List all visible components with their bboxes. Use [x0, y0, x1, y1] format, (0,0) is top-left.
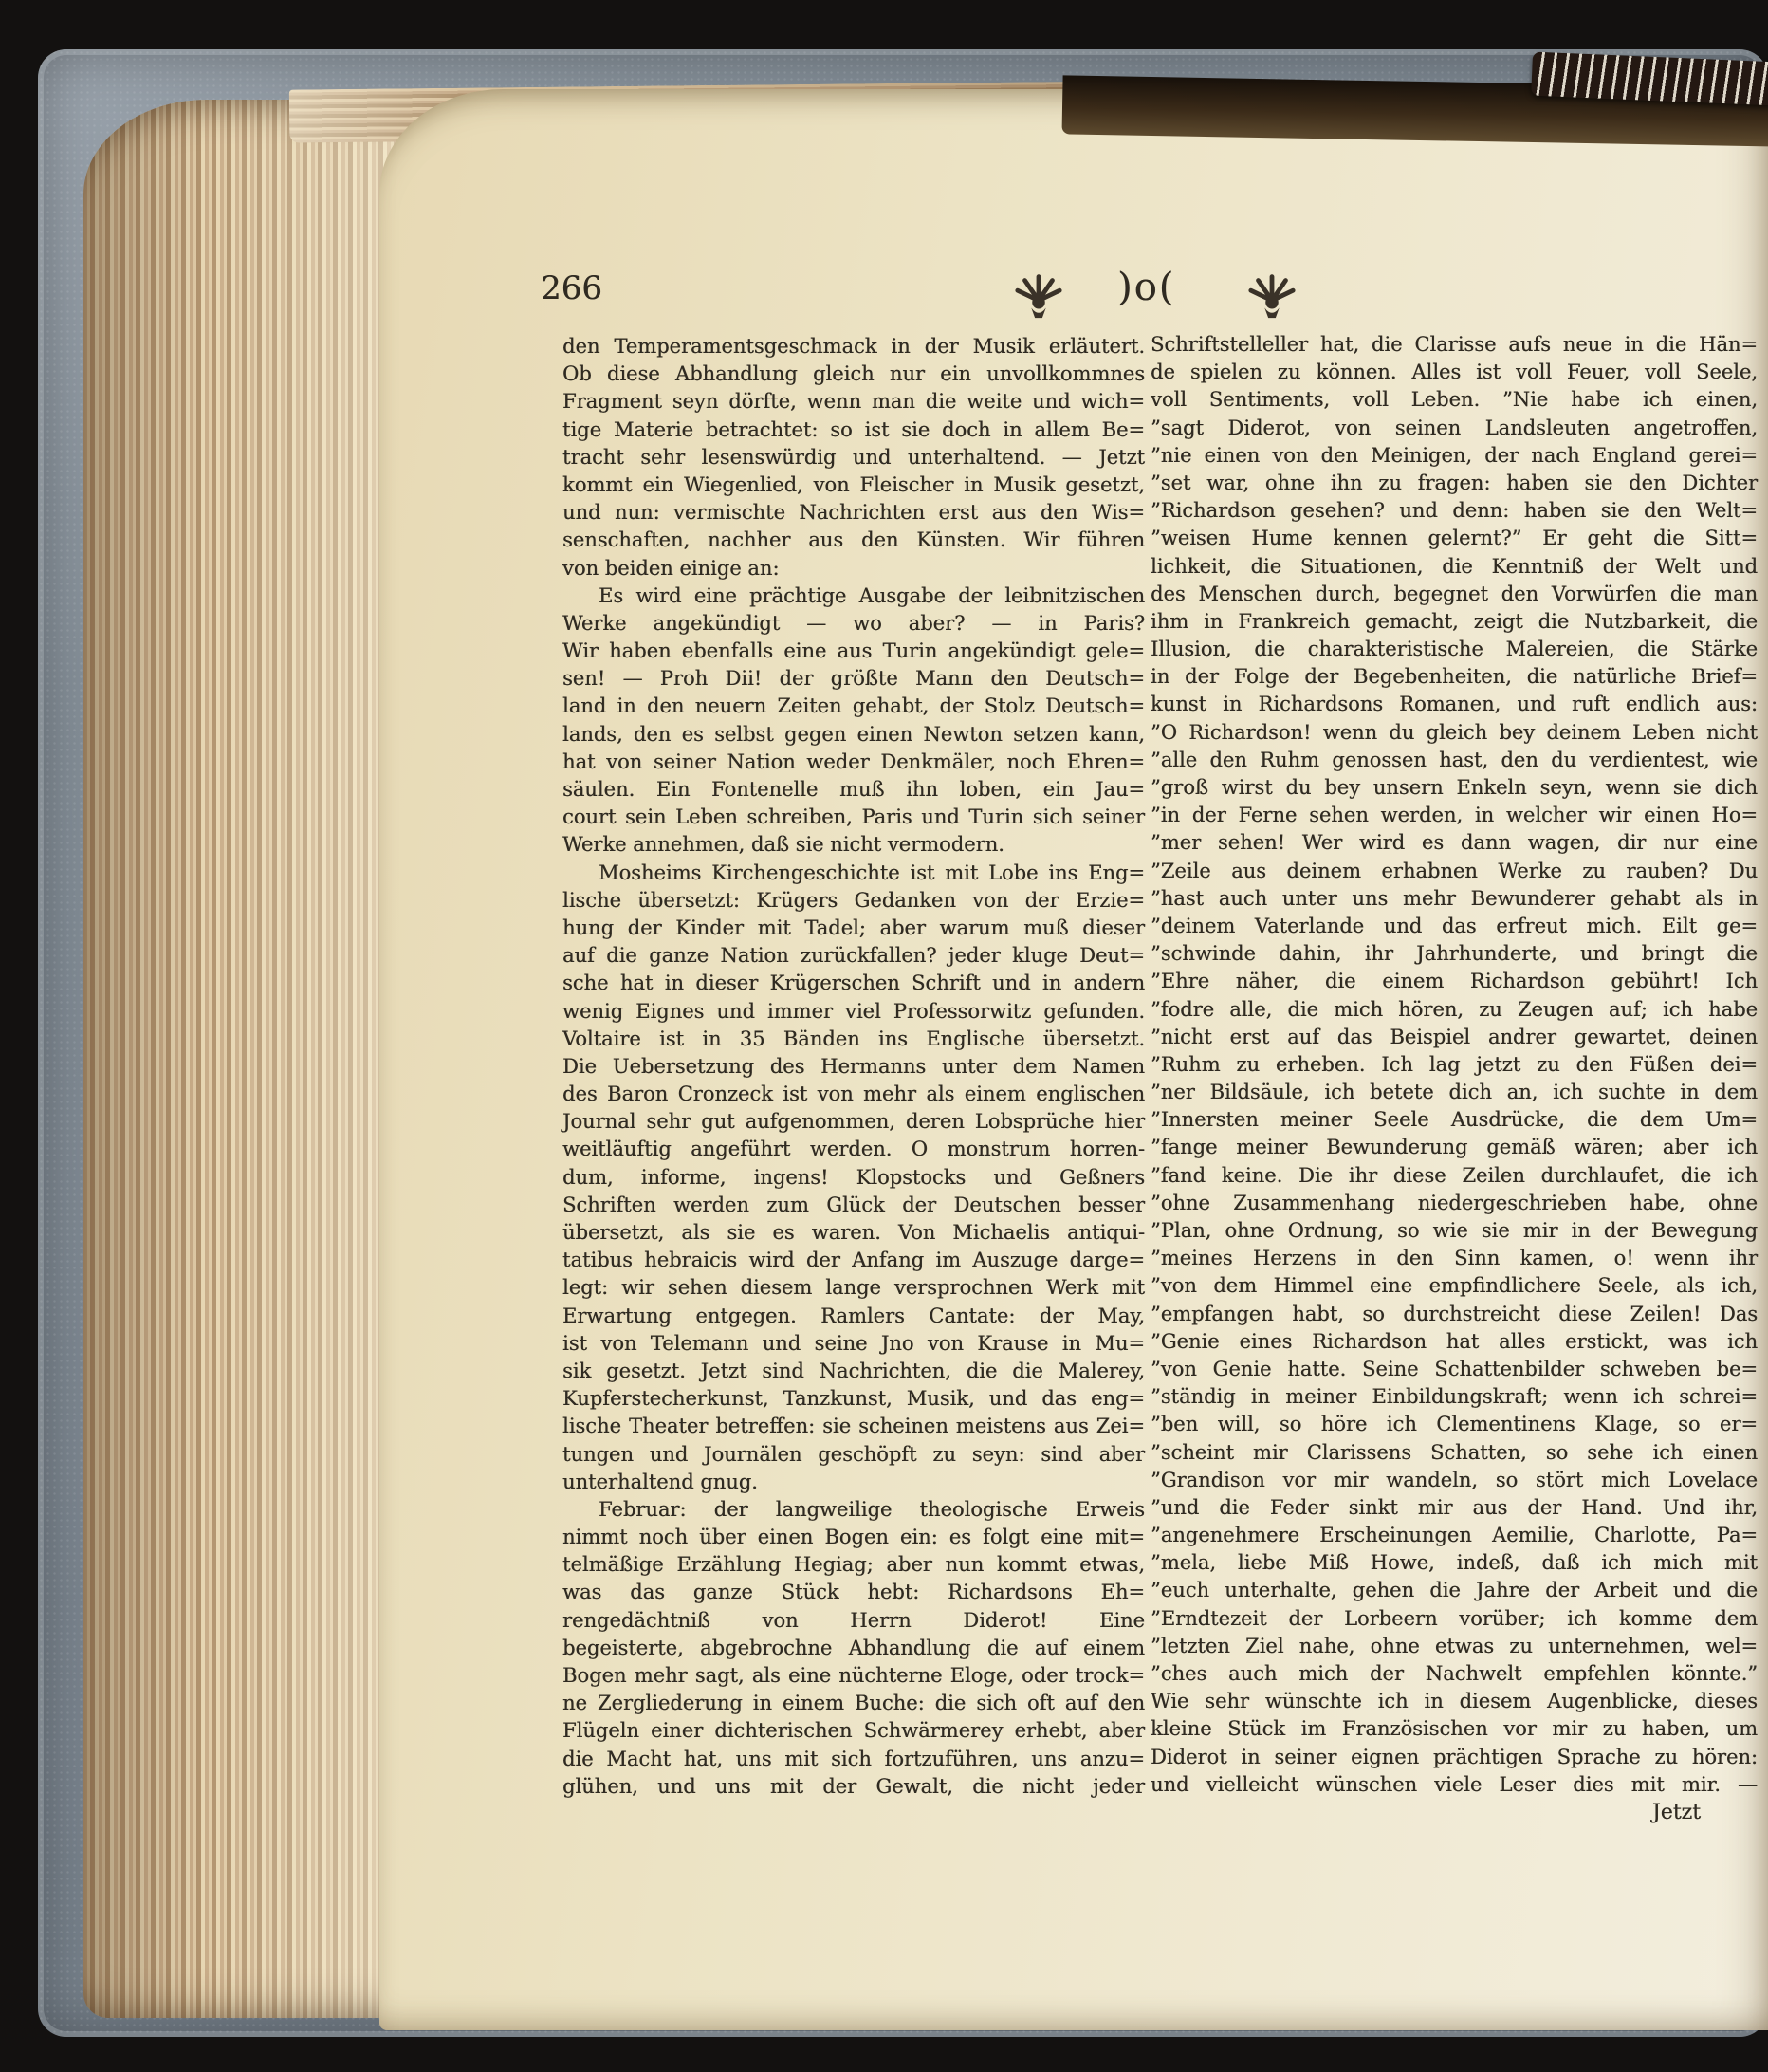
text-line: Werke annehmen, daß sie nicht vermodern. — [562, 831, 1145, 859]
text-line: ”fodre alle, die mich hören, zu Zeugen a… — [1151, 996, 1758, 1024]
shell-ornament-icon — [1011, 269, 1066, 321]
text-line: ”O Richardson! wenn du gleich bey deinem… — [1151, 719, 1758, 747]
text-line: Fragment seyn dörfte, wenn man die weite… — [562, 388, 1145, 416]
text-line: voll Sentiments, voll Leben. ”Nie habe i… — [1151, 386, 1758, 414]
text-line: ”Grandison vor mir wandeln, so stört mic… — [1151, 1467, 1758, 1494]
text-line: ”letzten Ziel nahe, ohne etwas zu untern… — [1151, 1633, 1758, 1660]
text-line: ”sagt Diderot, von seinen Landsleuten an… — [1151, 415, 1758, 442]
text-line: des Baron Cronzeck ist von mehr als eine… — [562, 1081, 1145, 1108]
book-scan-photo: 266 )o( den Temperamentsgeschmack in der… — [0, 0, 1768, 2072]
text-line: ”weisen Hume kennen gelernt?” Er geht di… — [1151, 525, 1758, 552]
text-line: ”Innersten meiner Seele Ausdrücke, die d… — [1151, 1106, 1758, 1134]
text-line: Bogen mehr sagt, als eine nüchterne Elog… — [562, 1662, 1145, 1690]
text-line: unterhaltend gnug. — [562, 1469, 1145, 1496]
text-line: ”von dem Himmel eine empfindlichere Seel… — [1151, 1272, 1758, 1300]
text-line: ”Ehre näher, die einem Richardson gebühr… — [1151, 968, 1758, 995]
text-line: ”nicht erst auf das Beispiel andrer gewa… — [1151, 1024, 1758, 1051]
text-line: ”Plan, ohne Ordnung, so wie sie mir in d… — [1151, 1217, 1758, 1245]
text-line: ”fange meiner Bewunderung gemäß wären; a… — [1151, 1134, 1758, 1161]
text-line: ”Zeile aus deinem erhabnen Werke zu raub… — [1151, 858, 1758, 885]
text-line: ”nie einen von den Meinigen, der nach En… — [1151, 442, 1758, 470]
text-line: tige Materie betrachtet: so ist sie doch… — [562, 416, 1145, 444]
text-line: auf die ganze Nation zurückfallen? jeder… — [562, 942, 1145, 970]
text-line: Erwartung entgegen. Ramlers Cantate: der… — [562, 1303, 1145, 1330]
text-line: ihm in Frankreich gemacht, zeigt die Nut… — [1151, 608, 1758, 636]
text-line: ”ohne Zusammenhang niedergeschrieben hab… — [1151, 1190, 1758, 1217]
catchword: Jetzt — [1151, 1801, 1756, 1824]
text-line: ”und die Feder sinkt mir aus der Hand. U… — [1151, 1494, 1758, 1522]
text-line: kleine Stück im Französischen vor mir zu… — [1151, 1715, 1758, 1743]
text-line: Ob diese Abhandlung gleich nur ein unvol… — [562, 361, 1145, 388]
text-line: und nun: vermischte Nachrichten erst aus… — [562, 499, 1145, 527]
text-line: ”in der Ferne sehen werden, in welcher w… — [1151, 802, 1758, 829]
text-line: ”ben will, so höre ich Clementinens Klag… — [1151, 1411, 1758, 1438]
page-number: 266 — [541, 269, 602, 307]
text-line: säulen. Ein Fontenelle muß ihn loben, ei… — [562, 776, 1145, 804]
text-line: ”empfangen habt, so durchstreicht diese … — [1151, 1301, 1758, 1328]
text-line: telmäßige Erzählung Hegiag; aber nun kom… — [562, 1551, 1145, 1579]
text-line: Wie sehr wünschte ich in diesem Augenbli… — [1151, 1688, 1758, 1715]
text-line: land in den neuern Zeiten gehabt, der St… — [562, 693, 1145, 720]
text-line: ”deinem Vaterlande und das erfreut mich.… — [1151, 913, 1758, 940]
text-line: und vielleicht wünschen viele Leser dies… — [1151, 1771, 1758, 1799]
text-line: Schriften werden zum Glück der Deutschen… — [562, 1192, 1145, 1219]
text-line: des Menschen durch, begegnet den Vorwürf… — [1151, 581, 1758, 608]
text-line: ”mer sehen! Wer wird es dann wagen, dir … — [1151, 829, 1758, 857]
text-line: lichkeit, die Situationen, die Kenntniß … — [1151, 553, 1758, 581]
text-line: ”set war, ohne ihn zu fragen: haben sie … — [1151, 470, 1758, 497]
text-line: ”hast auch unter uns mehr Bewunderer geh… — [1151, 885, 1758, 913]
text-line: ”ches auch mich der Nachwelt empfehlen k… — [1151, 1660, 1758, 1688]
text-line: Flügeln einer dichterischen Schwärmerey … — [562, 1717, 1145, 1745]
text-line: Es wird eine prächtige Ausgabe der leibn… — [562, 583, 1145, 610]
text-line: tracht sehr lesenswürdig und unterhalten… — [562, 444, 1145, 472]
header-signature-mark: )o( — [1117, 266, 1175, 309]
text-line: Voltaire ist in 35 Bänden ins Englische … — [562, 1026, 1145, 1053]
text-line: legt: wir sehen diesem lange versprochne… — [562, 1274, 1145, 1302]
text-line: ”euch unterhalte, gehen die Jahre der Ar… — [1151, 1577, 1758, 1604]
left-text-column: den Temperamentsgeschmack in der Musik e… — [562, 333, 1145, 1801]
text-line: sche hat in dieser Krügerschen Schrift u… — [562, 970, 1145, 997]
text-line: dum, informe, ingens! Klopstocks und Geß… — [562, 1164, 1145, 1192]
text-line: wenig Eignes und immer viel Professorwit… — [562, 998, 1145, 1026]
text-line: ”Genie eines Richardson hat alles erstic… — [1151, 1328, 1758, 1356]
text-line: ne Zergliederung in einem Buche: die sic… — [562, 1690, 1145, 1717]
text-line: sen! — Proh Dii! der größte Mann den Deu… — [562, 665, 1145, 693]
text-line: ”scheint mir Clarissens Schatten, so seh… — [1151, 1439, 1758, 1467]
text-line: lische übersetzt: Krügers Gedanken von d… — [562, 887, 1145, 915]
text-line: Journal sehr gut aufgenommen, deren Lobs… — [562, 1108, 1145, 1136]
text-line: ”Erndtezeit der Lorbeern vorüber; ich ko… — [1151, 1605, 1758, 1633]
text-line: de spielen zu können. Alles ist voll Feu… — [1151, 359, 1758, 386]
text-line: lands, den es selbst gegen einen Newton … — [562, 721, 1145, 749]
text-line: ”ner Bildsäule, ich betete dich an, ich … — [1151, 1079, 1758, 1106]
text-line: tungen und Journälen geschöpft zu seyn: … — [562, 1441, 1145, 1469]
text-line: nimmt noch über einen Bogen ein: es folg… — [562, 1524, 1145, 1551]
text-line: Die Uebersetzung des Hermanns unter dem … — [562, 1053, 1145, 1081]
text-line: Diderot in seiner eignen prächtigen Spra… — [1151, 1744, 1758, 1771]
text-line: begeisterte, abgebrochne Abhandlung die … — [562, 1635, 1145, 1662]
text-line: von beiden einige an: — [562, 555, 1145, 583]
text-line: ”von Genie hatte. Seine Schattenbilder s… — [1151, 1356, 1758, 1383]
right-text-column: Schriftstelleller hat, die Clarisse aufs… — [1151, 331, 1758, 1799]
text-line: übersetzt, als sie es waren. Von Michael… — [562, 1219, 1145, 1247]
text-line: ist von Telemann und seine Jno von Kraus… — [562, 1330, 1145, 1358]
text-line: den Temperamentsgeschmack in der Musik e… — [562, 333, 1145, 361]
text-line: kommt ein Wiegenlied, von Fleischer in M… — [562, 472, 1145, 499]
text-line: Werke angekündigt — wo aber? — in Paris? — [562, 610, 1145, 638]
text-line: Kupferstecherkunst, Tanzkunst, Musik, un… — [562, 1385, 1145, 1413]
text-line: ”groß wirst du bey unsern Enkeln seyn, w… — [1151, 774, 1758, 802]
text-line: was das ganze Stück hebt: Richardsons Eh… — [562, 1579, 1145, 1606]
text-line: kunst in Richardsons Romanen, und ruft e… — [1151, 691, 1758, 718]
text-line: Wir haben ebenfalls eine aus Turin angek… — [562, 638, 1145, 665]
text-line: ”mela, liebe Miß Howe, indeß, daß ich mi… — [1151, 1549, 1758, 1577]
text-line: rengedächtniß von Herrn Diderot! Eine — [562, 1607, 1145, 1635]
text-line: die Macht hat, uns mit sich fortzuführen… — [562, 1746, 1145, 1773]
text-line: Februar: der langweilige theologische Er… — [562, 1496, 1145, 1524]
text-line: ”ständig in meiner Einbildungskraft; wen… — [1151, 1383, 1758, 1411]
text-line: court sein Leben schreiben, Paris und Tu… — [562, 804, 1145, 831]
text-line: weitläuftig angeführt werden. O monstrum… — [562, 1136, 1145, 1163]
text-line: ”Ruhm zu erheben. Ich lag jetzt zu den F… — [1151, 1051, 1758, 1079]
text-line: ”meines Herzens in den Sinn kamen, o! we… — [1151, 1245, 1758, 1272]
text-line: ”fand keine. Die ihr diese Zeilen durchl… — [1151, 1162, 1758, 1190]
text-line: ”angenehmere Erscheinungen Aemilie, Char… — [1151, 1522, 1758, 1549]
text-line: lische Theater betreffen: sie scheinen m… — [562, 1413, 1145, 1440]
text-line: ”schwinde dahin, ihr Jahrhunderte, und b… — [1151, 940, 1758, 968]
shell-ornament-icon — [1244, 269, 1299, 321]
text-line: ”Richardson gesehen? und denn: haben sie… — [1151, 497, 1758, 525]
text-line: tatibus hebraicis wird der Anfang im Aus… — [562, 1247, 1145, 1274]
text-line: in der Folge der Begebenheiten, die natü… — [1151, 663, 1758, 691]
text-line: ”alle den Ruhm genossen hast, den du ver… — [1151, 747, 1758, 774]
text-line: senschaften, nachher aus den Künsten. Wi… — [562, 527, 1145, 554]
text-line: Illusion, die charakteristische Malereie… — [1151, 636, 1758, 663]
text-line: hung der Kinder mit Tadel; aber warum mu… — [562, 915, 1145, 942]
text-line: glühen, und uns mit der Gewalt, die nich… — [562, 1773, 1145, 1801]
text-line: Schriftstelleller hat, die Clarisse aufs… — [1151, 331, 1758, 359]
text-line: sik gesetzt. Jetzt sind Nachrichten, die… — [562, 1358, 1145, 1385]
text-line: hat von seiner Nation weder Denkmäler, n… — [562, 749, 1145, 776]
text-line: Mosheims Kirchengeschichte ist mit Lobe … — [562, 860, 1145, 887]
